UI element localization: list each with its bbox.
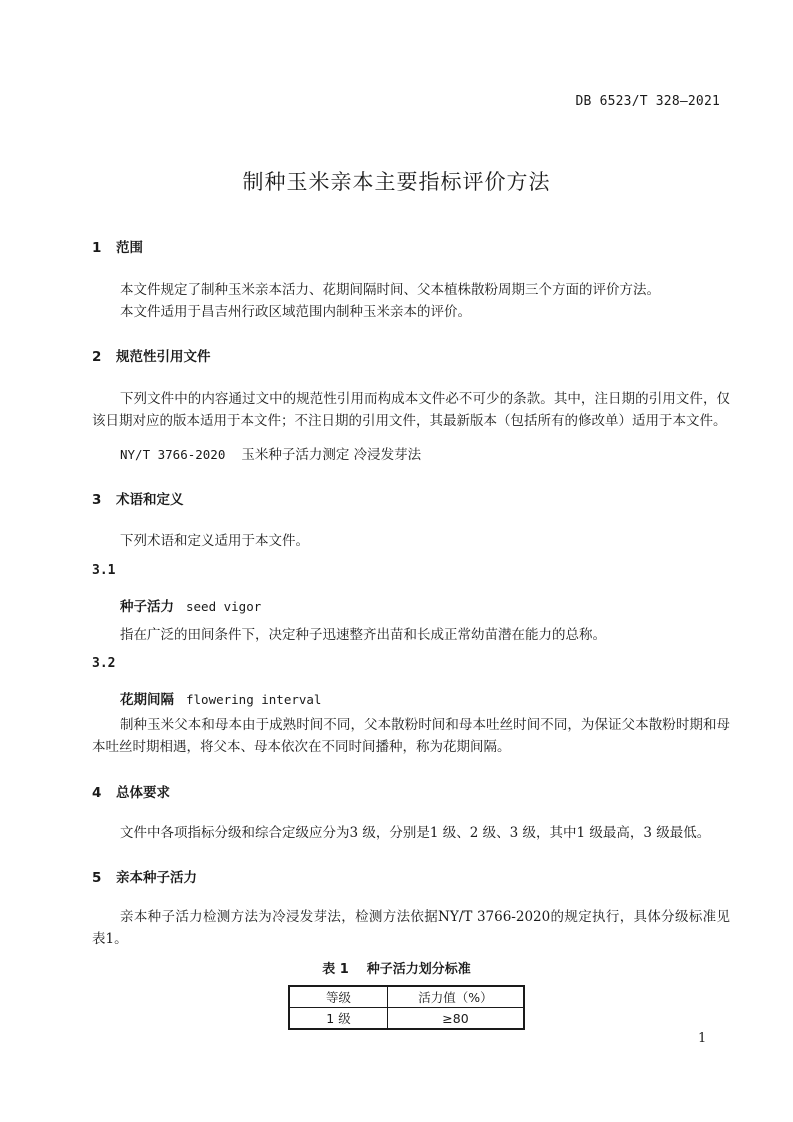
standard-code: DB 6523/T 328—2021 [576, 94, 720, 109]
term-3-1: 种子活力seed vigor [120, 595, 261, 615]
term-3-1-number: 3.1 [92, 563, 115, 578]
section-title: 术语和定义 [116, 492, 184, 508]
term-3-2-definition: 制种玉米父本和母本由于成熟时间不同，父本散粉时间和母本吐丝时间不同，为保证父本散… [92, 714, 730, 758]
table-cell-grade: 1 级 [289, 1008, 388, 1030]
table-row: 1 级 ≥80 [289, 1008, 524, 1030]
section-number: 4 [92, 785, 116, 801]
table-label: 表 1 [322, 962, 349, 977]
section-number: 5 [92, 870, 116, 886]
section-1-heading: 1范围 [92, 236, 143, 256]
general-requirements-paragraph: 文件中各项指标分级和综合定级应分为3 级，分别是1 级、2 级、3 级，其中1 … [120, 822, 710, 844]
reference-entry: NY/T 3766-2020玉米种子活力测定 冷浸发芽法 [120, 444, 421, 466]
section-title: 总体要求 [116, 785, 170, 801]
table-cell-vigor-value: ≥80 [388, 1008, 525, 1030]
reference-code: NY/T 3766-2020 [120, 447, 225, 462]
section-number: 3 [92, 492, 116, 508]
term-english: seed vigor [186, 599, 261, 614]
seed-vigor-grade-table: 等级 活力值（%） 1 级 ≥80 [288, 985, 525, 1030]
section-3-heading: 3术语和定义 [92, 488, 184, 508]
reference-title: 玉米种子活力测定 冷浸发芽法 [241, 447, 421, 463]
section-number: 1 [92, 240, 116, 256]
term-3-2-number: 3.2 [92, 656, 115, 671]
table-header-grade: 等级 [289, 986, 388, 1008]
table-caption-text: 种子活力划分标准 [367, 962, 471, 977]
term-3-1-definition: 指在广泛的田间条件下，决定种子迅速整齐出苗和长成正常幼苗潜在能力的总称。 [120, 624, 606, 646]
terms-intro: 下列术语和定义适用于本文件。 [120, 530, 309, 552]
term-3-2: 花期间隔flowering interval [120, 688, 321, 708]
table-header-row: 等级 活力值（%） [289, 986, 524, 1008]
section-title: 范围 [116, 240, 143, 256]
page-number: 1 [698, 1031, 706, 1046]
seed-vigor-paragraph: 亲本种子活力检测方法为冷浸发芽法，检测方法依据NY/T 3766-2020的规定… [92, 906, 730, 950]
table-1-caption: 表 1种子活力划分标准 [0, 958, 793, 977]
section-2-heading: 2规范性引用文件 [92, 345, 211, 365]
scope-paragraph-1: 本文件规定了制种玉米亲本活力、花期间隔时间、父本植株散粉周期三个方面的评价方法。 [120, 279, 660, 301]
section-title: 亲本种子活力 [116, 870, 197, 886]
section-number: 2 [92, 349, 116, 365]
term-english: flowering interval [186, 692, 321, 707]
scope-paragraph-2: 本文件适用于昌吉州行政区域范围内制种玉米亲本的评价。 [120, 301, 471, 323]
section-5-heading: 5亲本种子活力 [92, 866, 197, 886]
section-title: 规范性引用文件 [116, 349, 211, 365]
term-chinese: 花期间隔 [120, 692, 174, 708]
term-chinese: 种子活力 [120, 599, 174, 615]
table-header-vigor-value: 活力值（%） [388, 986, 525, 1008]
document-title: 制种玉米亲本主要指标评价方法 [0, 166, 793, 196]
section-4-heading: 4总体要求 [92, 781, 170, 801]
normative-references-paragraph: 下列文件中的内容通过文中的规范性引用而构成本文件必不可少的条款。其中，注日期的引… [92, 388, 730, 432]
